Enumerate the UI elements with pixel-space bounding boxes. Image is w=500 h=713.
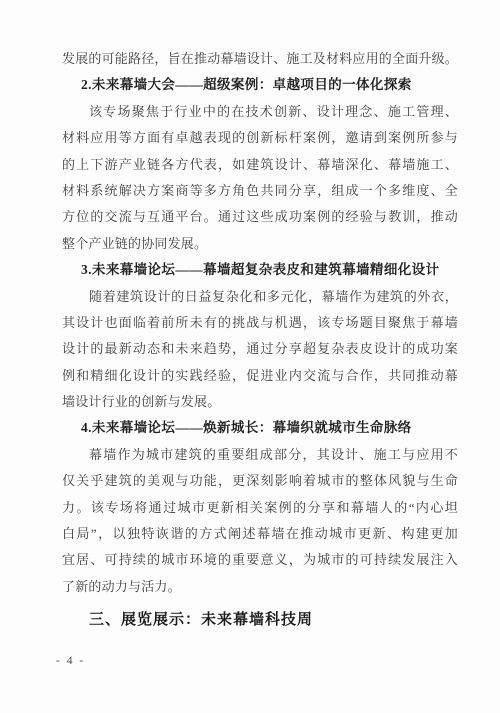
paragraph-line: 白局”，以独特诙谐的方式阐述幕墙在推动城市更新、构建更加 [62, 521, 458, 547]
paragraph-line: 随着建筑设计的日益复杂化和多元化，幕墙作为建筑的外衣， [62, 284, 458, 310]
paragraph-line: 力。该专场将通过城市更新相关案例的分享和幕墙人的“内心坦 [62, 495, 458, 521]
paragraph-line: 仅关乎建筑的美观与功能，更深刻影响着城市的整体风貌与生命 [62, 468, 458, 494]
paragraph-line: 例和精细化设计的实践经验，促进业内交流与合作，共同推动幕 [62, 363, 458, 389]
paragraph-line: 材料系统解决方案商等多方角色共同分享，组成一个多维度、全 [62, 178, 458, 204]
paragraph-line: 发展的可能路径，旨在推动幕墙设计、施工及材料应用的全面升级。 [62, 46, 458, 72]
paragraph-line: 方位的交流与互通平台。通过这些成功案例的经验与教训，推动 [62, 204, 458, 230]
section-heading-4: 4.未来幕墙论坛——焕新城长：幕墙织就城市生命脉络 [62, 415, 458, 441]
paragraph-line: 材料应用等方面有卓越表现的创新标杆案例，邀请到案例所参与 [62, 125, 458, 151]
section-heading-3: 3.未来幕墙论坛——幕墙超复杂表皮和建筑幕墙精细化设计 [62, 257, 458, 283]
paragraph-line: 了新的动力与活力。 [62, 574, 458, 600]
section-heading-2: 2.未来幕墙大会——超级案例：卓越项目的一体化探索 [62, 72, 458, 98]
paragraph-line: 其设计也面临着前所未有的挑战与机遇，该专场题目聚焦于幕墙 [62, 310, 458, 336]
paragraph-line: 整个产业链的协同发展。 [62, 231, 458, 257]
document-page: 发展的可能路径，旨在推动幕墙设计、施工及材料应用的全面升级。 2.未来幕墙大会—… [0, 0, 500, 713]
paragraph-line: 的上下游产业链各方代表，如建筑设计、幕墙深化、幕墙施工、 [62, 152, 458, 178]
paragraph-line: 墙设计行业的创新与发展。 [62, 389, 458, 415]
paragraph-line: 宜居、可持续的城市环境的重要意义，为城市的可持续发展注入 [62, 547, 458, 573]
paragraph-line: 设计的最新动态和未来趋势，通过分享超复杂表皮设计的成功案 [62, 336, 458, 362]
paragraph-line: 幕墙作为城市建筑的重要组成部分，其设计、施工与应用不 [62, 442, 458, 468]
section-heading-exhibition: 三、展览展示：未来幕墙科技周 [62, 607, 458, 633]
document-text-block: 发展的可能路径，旨在推动幕墙设计、施工及材料应用的全面升级。 2.未来幕墙大会—… [62, 46, 458, 634]
page-number: - 4 - [56, 655, 85, 667]
paragraph-line: 该专场聚焦于行业中的在技术创新、设计理念、施工管理、 [62, 99, 458, 125]
